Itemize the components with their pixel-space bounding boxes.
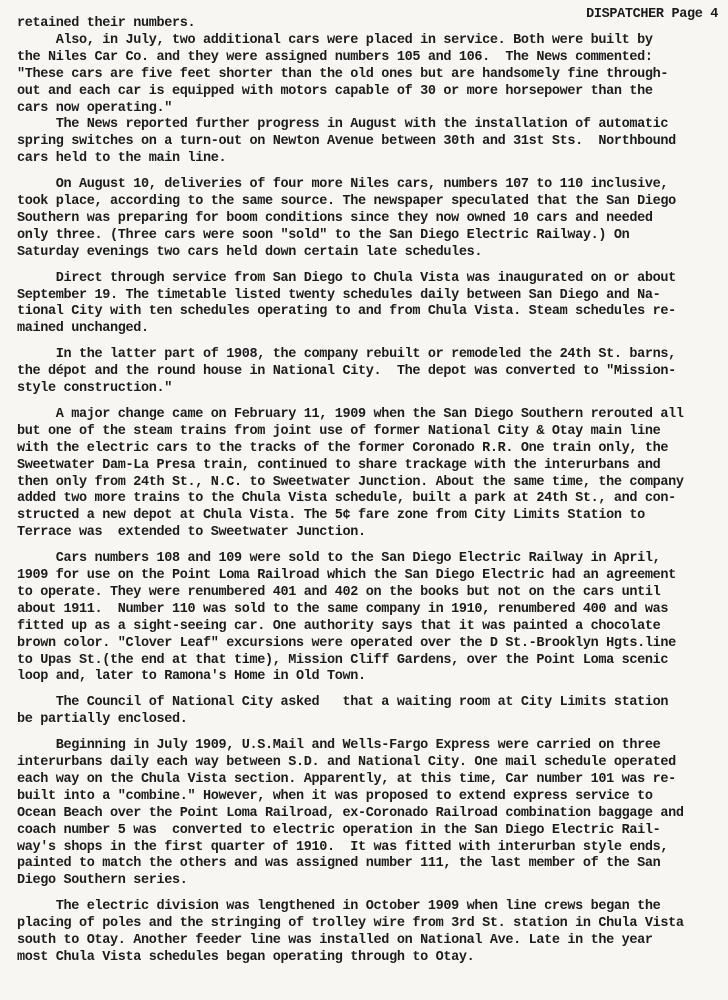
text-line: brown color. "Clover Leaf" excursions we… — [17, 636, 676, 652]
text-line: way's shops in the first quarter of 1910… — [17, 840, 668, 856]
text-line: built into a "combine." However, when it… — [17, 789, 653, 805]
text-line: Beginning in July 1909, U.S.Mail and Wel… — [17, 738, 660, 754]
text-line: Saturday evenings two cars held down cer… — [17, 245, 482, 261]
text-line: style construction." — [17, 381, 172, 397]
text-line: cars now operating." — [17, 101, 172, 117]
text-line: painted to match the others and was assi… — [17, 856, 660, 872]
text-line: spring switches on a turn-out on Newton … — [17, 134, 676, 150]
text-line: most Chula Vista schedules began operati… — [17, 950, 474, 966]
text-line: only three. (Three cars were soon "sold"… — [17, 228, 629, 244]
text-line: about 1911. Number 110 was sold to the s… — [17, 602, 668, 618]
text-line: then only from 24th St., N.C. to Sweetwa… — [17, 475, 684, 491]
text-line: mained unchanged. — [17, 321, 149, 337]
text-line: September 19. The timetable listed twent… — [17, 288, 660, 304]
text-line: Ocean Beach over the Point Loma Railroad… — [17, 806, 684, 822]
text-line: 1909 for use on the Point Loma Railroad … — [17, 568, 676, 584]
text-line: Southern was preparing for boom conditio… — [17, 211, 653, 227]
document-page: DISPATCHER Page 4 retained their numbers… — [0, 0, 728, 1000]
text-line: On August 10, deliveries of four more Ni… — [17, 177, 668, 193]
text-line: interurbans daily each way between S.D. … — [17, 755, 676, 771]
page-header: DISPATCHER Page 4 — [586, 7, 718, 22]
text-line: south to Otay. Another feeder line was i… — [17, 933, 653, 949]
text-line: Terrace was extended to Sweetwater Junct… — [17, 525, 366, 541]
text-line: each way on the Chula Vista section. App… — [17, 772, 676, 788]
text-line: Cars numbers 108 and 109 were sold to th… — [17, 551, 660, 567]
text-line: Direct through service from San Diego to… — [17, 271, 676, 287]
text-line: be partially enclosed. — [17, 712, 188, 728]
text-line: but one of the steam trains from joint u… — [17, 424, 660, 440]
text-line: loop and, later to Ramona's Home in Old … — [17, 669, 366, 685]
text-line: fitted up as a sight-seeing car. One aut… — [17, 619, 660, 635]
text-line: with the electric cars to the tracks of … — [17, 441, 668, 457]
text-line: out and each car is equipped with motors… — [17, 84, 653, 100]
text-line: added two more trains to the Chula Vista… — [17, 491, 676, 507]
text-line: to Upas St.(the end at that time), Missi… — [17, 653, 668, 669]
publication-name: DISPATCHER — [586, 7, 664, 22]
text-line: The Council of National City asked that … — [17, 695, 668, 711]
page-label: Page — [671, 7, 702, 22]
text-line: placing of poles and the stringing of tr… — [17, 916, 684, 932]
text-line: cars held to the main line. — [17, 151, 226, 167]
text-line: "These cars are five feet shorter than t… — [17, 67, 668, 83]
text-line: Diego Southern series. — [17, 873, 188, 889]
text-line: The electric division was lengthened in … — [17, 899, 660, 915]
text-line: the dépot and the round house in Nationa… — [17, 364, 676, 380]
text-line: retained their numbers. — [17, 16, 195, 32]
text-line: The News reported further progress in Au… — [17, 117, 668, 133]
text-line: In the latter part of 1908, the company … — [17, 347, 676, 363]
text-line: Sweetwater Dam-La Presa train, continued… — [17, 458, 660, 474]
text-line: to operate. They were renumbered 401 and… — [17, 585, 660, 601]
text-line: coach number 5 was converted to electric… — [17, 823, 660, 839]
text-line: Also, in July, two additional cars were … — [17, 33, 653, 49]
text-line: A major change came on February 11, 1909… — [17, 407, 684, 423]
text-line: took place, according to the same source… — [17, 194, 676, 210]
page-number: 4 — [710, 7, 718, 22]
text-line: the Niles Car Co. and they were assigned… — [17, 50, 653, 66]
text-line: structed a new depot at Chula Vista. The… — [17, 508, 645, 524]
text-line: tional City with ten schedules operating… — [17, 304, 676, 320]
